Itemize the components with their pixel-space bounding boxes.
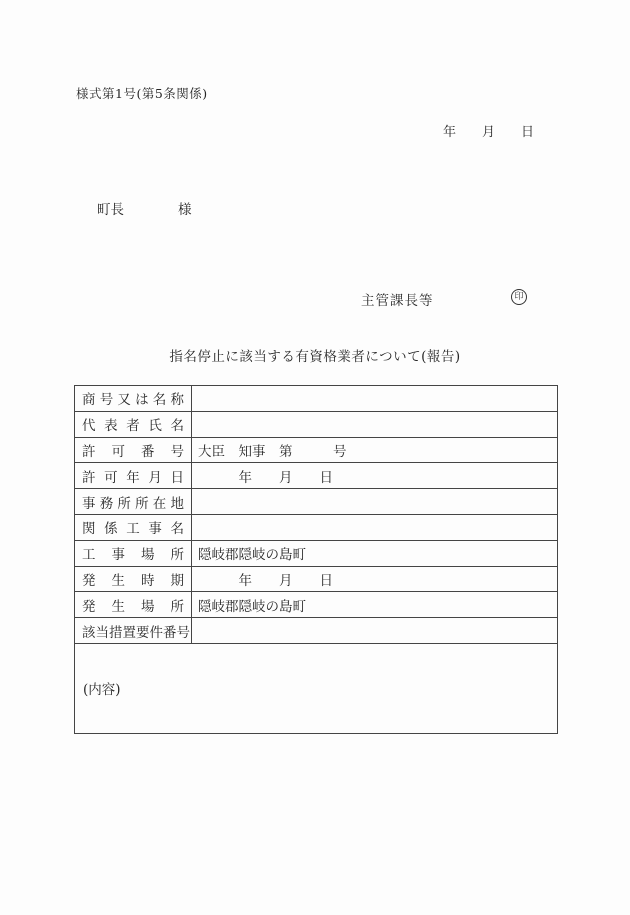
table-row: 工事場所 隠岐郡隠岐の島町	[75, 540, 558, 566]
sender-line: 主管課長等	[361, 289, 434, 309]
row-label: 関係工事名	[75, 514, 192, 540]
row-label: 許可年月日	[75, 463, 192, 489]
report-form-table: 商号又は名称 代表者氏名 許可番号 大臣 知事 第 号 許可年月日 年 月 日 …	[74, 385, 558, 734]
date-line: 年 月 日	[443, 121, 534, 140]
row-label: 工事場所	[75, 540, 192, 566]
row-value	[192, 386, 558, 412]
row-value: 隠岐郡隠岐の島町	[192, 540, 558, 566]
table-row: 商号又は名称	[75, 386, 558, 412]
content-label: (内容)	[83, 678, 549, 698]
table-row: 事務所所在地	[75, 489, 558, 515]
row-label: 発生場所	[75, 592, 192, 618]
row-label: 事務所所在地	[75, 489, 192, 515]
content-cell: (内容)	[75, 643, 558, 733]
row-value: 年 月 日	[192, 463, 558, 489]
row-value	[192, 489, 558, 515]
table-row: 該当措置要件番号	[75, 618, 558, 644]
form-number-label: 様式第1号(第5条関係)	[76, 84, 208, 102]
row-label: 該当措置要件番号	[75, 618, 192, 644]
seal-stamp-icon: 印	[511, 289, 527, 305]
row-value	[192, 618, 558, 644]
table-row-content: (内容)	[75, 643, 558, 733]
table-row: 許可番号 大臣 知事 第 号	[75, 437, 558, 463]
row-value: 年 月 日	[192, 566, 558, 592]
addressee-line: 町長 様	[97, 198, 192, 218]
table-row: 代表者氏名	[75, 411, 558, 437]
table-row: 発生時期 年 月 日	[75, 566, 558, 592]
table-row: 許可年月日 年 月 日	[75, 463, 558, 489]
document-title: 指名停止に該当する有資格業者について(報告)	[0, 345, 630, 365]
row-value	[192, 514, 558, 540]
row-value	[192, 411, 558, 437]
row-label: 商号又は名称	[75, 386, 192, 412]
row-label: 発生時期	[75, 566, 192, 592]
document-page: 様式第1号(第5条関係) 年 月 日 町長 様 主管課長等 印 指名停止に該当す…	[0, 0, 630, 915]
table-row: 関係工事名	[75, 514, 558, 540]
row-value: 大臣 知事 第 号	[192, 437, 558, 463]
row-value: 隠岐郡隠岐の島町	[192, 592, 558, 618]
row-label: 許可番号	[75, 437, 192, 463]
row-label: 代表者氏名	[75, 411, 192, 437]
table-row: 発生場所 隠岐郡隠岐の島町	[75, 592, 558, 618]
